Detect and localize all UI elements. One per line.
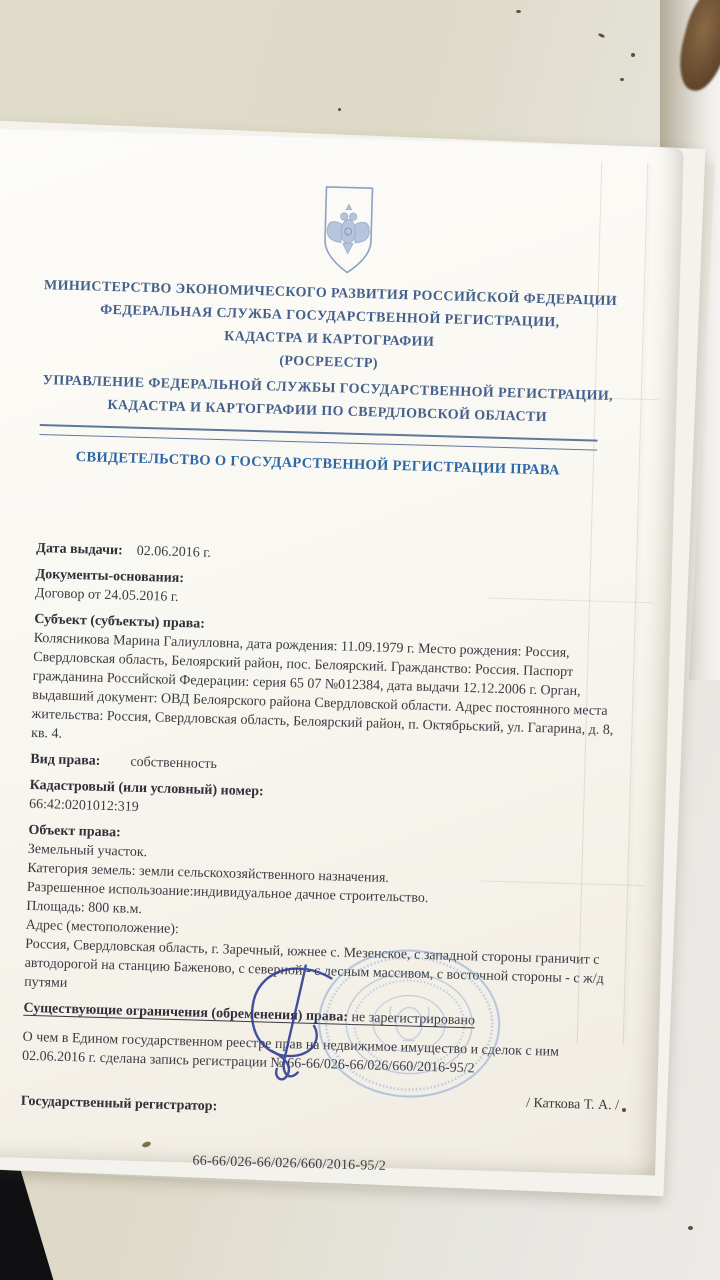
encumbrances-label: Существующие ограничения (обременения) п… xyxy=(23,1001,348,1025)
object-section: Объект права: Земельный участок. Категор… xyxy=(24,821,619,1008)
certificate-document: МИНИСТЕРСТВО ЭКОНОМИЧЕСКОГО РАЗВИТИЯ РОС… xyxy=(0,128,684,1175)
issue-date-value: 02.06.2016 г. xyxy=(137,544,212,561)
dust-speck xyxy=(688,1226,693,1230)
dust-speck xyxy=(631,53,635,57)
issue-date-label: Дата выдачи: xyxy=(36,541,123,558)
cadastral-section: Кадастровый (или условный) номер: 66:42:… xyxy=(29,776,620,830)
registrar-label: Государственный регистратор: xyxy=(21,1080,218,1116)
registrar-row: Государственный регистратор: / Каткова Т… xyxy=(21,1080,624,1128)
russia-coat-of-arms-icon xyxy=(319,184,378,278)
encumbrances-value: не зарегистрировано xyxy=(351,1010,475,1028)
subject-section: Субъект (субъекты) права: Колясникова Ма… xyxy=(31,610,624,759)
paper-crease xyxy=(623,163,649,1045)
photo-background: МИНИСТЕРСТВО ЭКОНОМИЧЕСКОГО РАЗВИТИЯ РОС… xyxy=(0,0,720,1280)
dust-speck xyxy=(620,78,624,81)
dust-speck xyxy=(598,33,606,39)
right-type-value: собственность xyxy=(130,755,217,772)
dust-speck xyxy=(338,108,341,111)
document-title: СВИДЕТЕЛЬСТВО О ГОСУДАРСТВЕННОЙ РЕГИСТРА… xyxy=(39,448,597,481)
dust-speck xyxy=(516,10,521,13)
registrar-name: / Каткова Т. А. / xyxy=(525,1094,623,1128)
basis-section: Документы-основания: Договор от 24.05.20… xyxy=(35,565,626,619)
dust-speck xyxy=(622,1108,626,1112)
registry-note: О чем в Едином государственном реестре п… xyxy=(22,1028,613,1082)
subject-paragraph: Колясникова Марина Галиулловна, дата рож… xyxy=(31,629,624,759)
right-type-label: Вид права: xyxy=(30,752,100,769)
